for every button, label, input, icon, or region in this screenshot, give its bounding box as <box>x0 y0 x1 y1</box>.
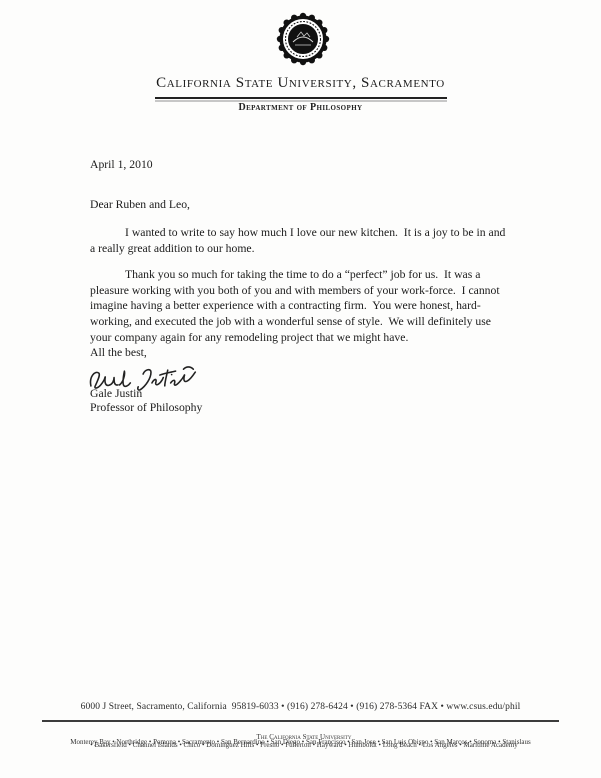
letterhead-rule <box>155 97 447 99</box>
paragraph-2: Thank you so much for taking the time to… <box>90 267 500 346</box>
footer-rule <box>42 720 559 722</box>
salutation: Dear Ruben and Leo, <box>90 197 190 213</box>
university-seal-icon <box>276 12 330 66</box>
body-line: your company again for any remodeling pr… <box>90 330 500 346</box>
footer-contact: 6000 J Street, Sacramento, California 95… <box>0 702 601 712</box>
body-line: pleasure working with you both of you an… <box>90 283 500 299</box>
body-line: a really great addition to our home. <box>90 241 505 257</box>
body-line: imagine having a better experience with … <box>90 298 500 314</box>
campus-list-line-2: Monterey Bay • Northridge • Pomona • Sac… <box>0 738 601 746</box>
paragraph-1: I wanted to write to say how much I love… <box>90 225 505 256</box>
scanned-letter-page: California State University, Sacramento … <box>0 0 601 778</box>
body-line: I wanted to write to say how much I love… <box>90 225 505 241</box>
department-name: Department of Philosophy <box>0 102 601 113</box>
body-line: Thank you so much for taking the time to… <box>90 267 500 283</box>
letter-date: April 1, 2010 <box>90 157 153 173</box>
university-name: California State University, Sacramento <box>0 75 601 92</box>
closing: All the best, <box>90 345 147 361</box>
signer-title: Professor of Philosophy <box>90 400 202 416</box>
body-line: working, and executed the job with a won… <box>90 314 500 330</box>
